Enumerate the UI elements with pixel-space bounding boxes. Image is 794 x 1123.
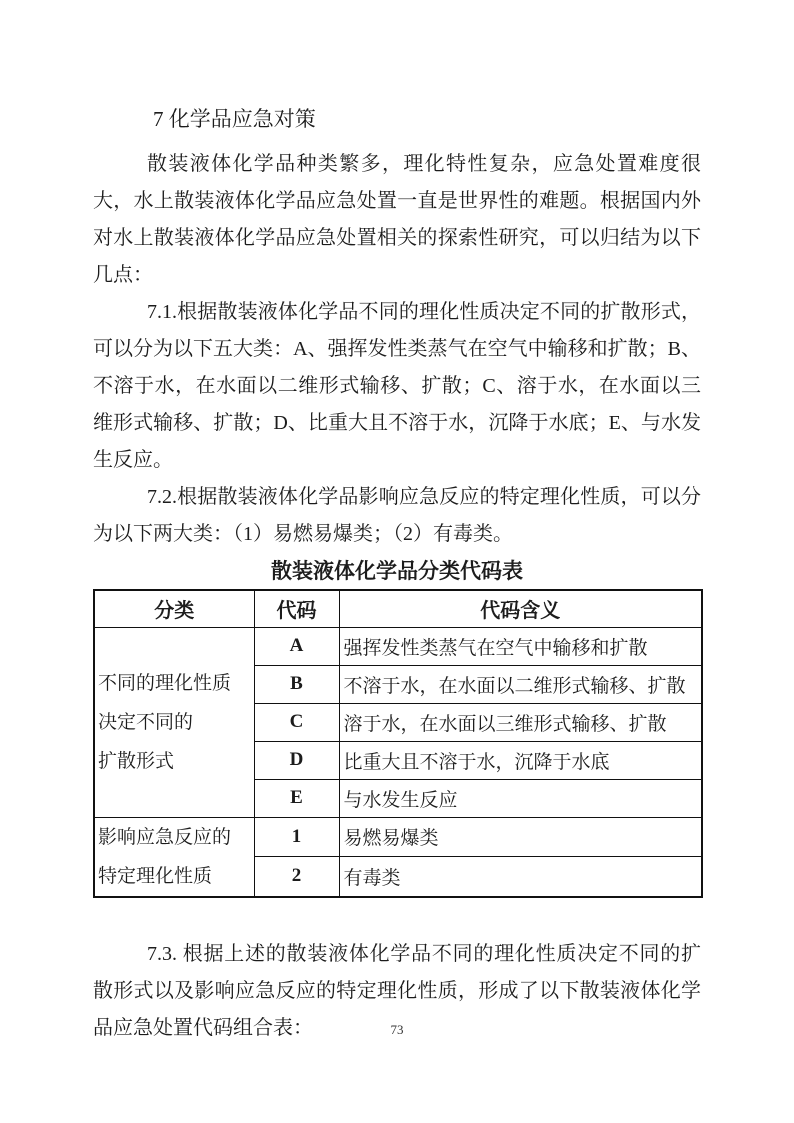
table-header-row: 分类 代码 代码含义 [94,590,702,627]
page-content: 7 化学品应急对策 散装液体化学品种类繁多，理化特性复杂，应急处置难度很大，水上… [93,100,701,1047]
code-cell-d: D [254,741,339,779]
paragraph-7-1: 7.1.根据散装液体化学品不同的理化性质决定不同的扩散形式，可以分为以下五大类：… [93,294,701,479]
code-cell-b: B [254,665,339,703]
intro-paragraph: 散装液体化学品种类繁多，理化特性复杂，应急处置难度很大，水上散装液体化学品应急处… [93,146,701,294]
category-line: 不同的理化性质 [98,664,254,703]
header-code: 代码 [254,590,339,627]
category-line: 影响应急反应的 [98,818,254,857]
classification-code-table: 分类 代码 代码含义 不同的理化性质 决定不同的 扩散形式 A 强挥发性类蒸气在… [93,589,703,898]
table-row: 不同的理化性质 决定不同的 扩散形式 A 强挥发性类蒸气在空气中输移和扩散 [94,627,702,665]
table-title: 散装液体化学品分类代码表 [93,557,701,585]
category-line: 扩散形式 [98,742,254,781]
document-page: { "document": { "heading": "7 化学品应急对策", … [0,0,794,1123]
category-cell-dispersion-forms: 不同的理化性质 决定不同的 扩散形式 [94,627,254,817]
category-cell-specific-properties: 影响应急反应的 特定理化性质 [94,817,254,897]
page-number: 73 [0,1022,794,1038]
category-line: 特定理化性质 [98,857,254,896]
table-row: 影响应急反应的 特定理化性质 1 易燃易爆类 [94,817,702,857]
code-cell-1: 1 [254,817,339,857]
meaning-cell-a: 强挥发性类蒸气在空气中输移和扩散 [339,627,702,665]
meaning-cell-e: 与水发生反应 [339,779,702,817]
meaning-cell-b: 不溶于水，在水面以二维形式输移、扩散 [339,665,702,703]
meaning-cell-c: 溶于水，在水面以三维形式输移、扩散 [339,703,702,741]
meaning-cell-2: 有毒类 [339,857,702,897]
header-category: 分类 [94,590,254,627]
category-line: 决定不同的 [98,703,254,742]
meaning-cell-d: 比重大且不溶于水，沉降于水底 [339,741,702,779]
code-cell-2: 2 [254,857,339,897]
header-meaning: 代码含义 [339,590,702,627]
paragraph-7-2: 7.2.根据散装液体化学品影响应急反应的特定理化性质，可以分为以下两大类：（1）… [93,479,701,553]
meaning-cell-1: 易燃易爆类 [339,817,702,857]
section-heading: 7 化学品应急对策 [153,100,701,138]
code-cell-a: A [254,627,339,665]
code-cell-c: C [254,703,339,741]
code-cell-e: E [254,779,339,817]
